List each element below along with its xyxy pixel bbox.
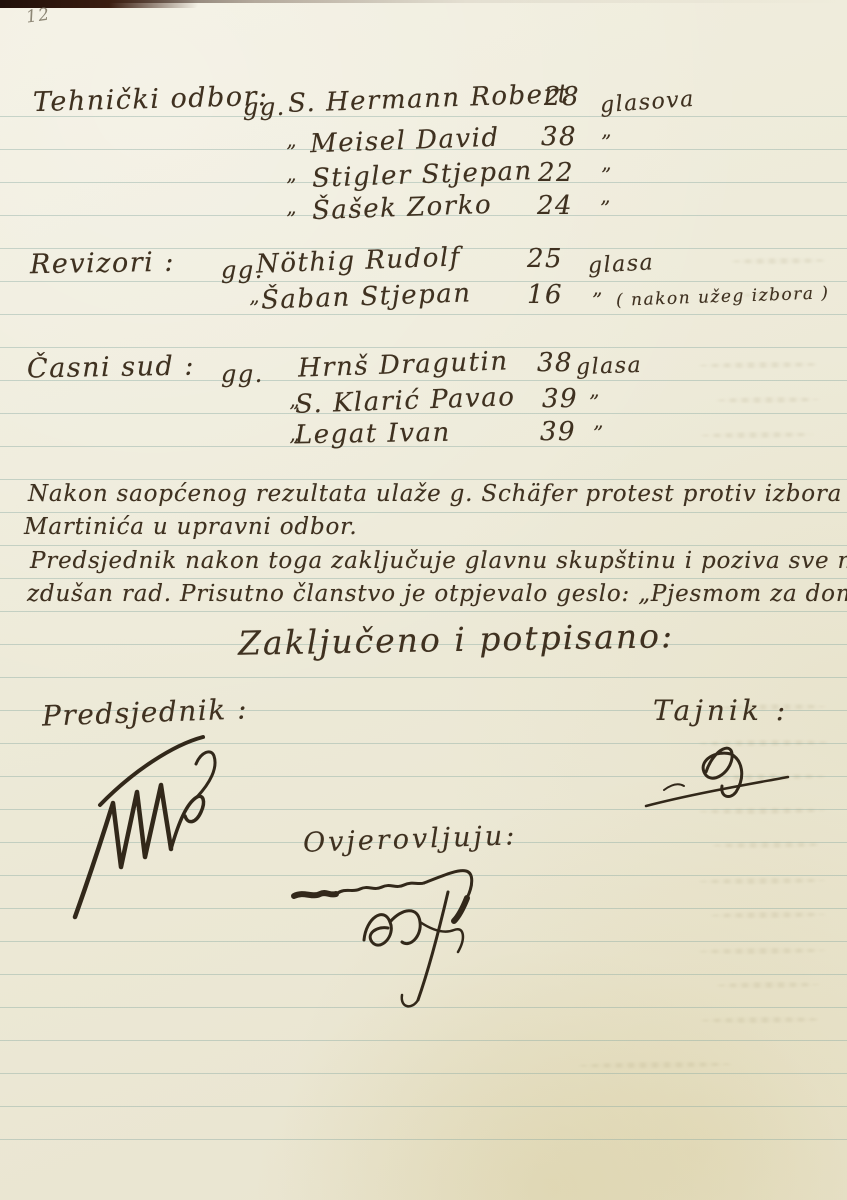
committee-title: Revizori : [30,247,175,281]
ditto-mark: ” [600,196,612,220]
vote-count: 22 [538,158,574,188]
vote-count: 28 [544,82,580,112]
vote-count: 39 [540,417,576,447]
honorific: gg. [221,360,264,388]
member-name: Šašek Zorko [312,190,493,226]
bleed-through-mark [714,842,822,849]
vote-count: 16 [527,280,563,310]
committee-title: Tehnički odbor: [33,81,269,118]
runoff-note: ( nakon užeg izbora ) [616,283,830,310]
bleed-through-mark [718,397,818,403]
member-name: Hrnš Dragutin [298,346,510,383]
ditto-mark: ” [286,207,298,231]
paragraph-line: Nakon saopćenog rezultata ulaže g. Schäf… [28,481,847,507]
bleed-through-mark [733,258,825,264]
vote-unit: glasova [599,87,695,119]
member-name: Nöthig Rudolf [256,242,462,279]
vote-count: 38 [537,348,573,378]
secretary-label: Tajnik : [653,694,789,727]
ditto-mark: ” [592,288,604,312]
bleed-through-mark [718,982,818,988]
member-name: Šaban Stjepan [261,278,472,315]
paragraph-line: zdušan rad. Prisutno članstvo je otpjeva… [27,581,847,607]
bleed-through-mark [702,1017,820,1024]
ditto-mark: ” [601,130,613,154]
vote-unit: glasa [576,353,643,380]
vote-count: 39 [542,384,578,414]
certifier-signature-2 [336,882,496,1010]
ditto-mark: ” [601,163,613,187]
honorific: gg. [243,93,286,121]
president-signature [45,715,240,925]
secretary-signature [636,730,796,815]
member-name: Meisel David [310,123,501,160]
ditto-mark: ” [249,296,261,320]
vote-count: 25 [527,244,563,274]
bleed-through-mark [700,878,824,885]
ditto-mark: ” [593,421,605,445]
paragraph-line: Predsjednik nakon toga zaključuje glavnu… [30,548,847,574]
ditto-mark: ” [589,390,601,414]
vote-count: 24 [537,191,573,221]
ditto-mark: ” [286,140,298,164]
manuscript-page: 12 Tehnički odbor: gg. S. Hermann Robert… [0,0,847,1200]
bleed-through-mark [712,912,824,919]
member-name: S. Hermann Robert [288,79,570,119]
ditto-mark: ” [286,174,298,198]
paragraph-line: Martinića u upravni odbor. [24,514,358,540]
bleed-through-mark [580,1062,730,1069]
bleed-through-mark [700,362,820,369]
member-name: S. Klarić Pavao [295,382,516,420]
member-name: Stigler Stjepan [312,156,534,194]
bleed-through-mark [700,948,824,955]
committee-title: Časni sud : [27,351,195,385]
closing-statement: Zaključeno i potpisano: [238,616,675,663]
page-number: 12 [25,4,52,27]
member-name: Legat Ivan [295,418,451,451]
bleed-through-mark [702,432,812,439]
certifiers-label: Ovjerovljuju: [303,820,518,858]
vote-count: 38 [541,122,577,152]
vote-unit: glasa [587,250,654,278]
